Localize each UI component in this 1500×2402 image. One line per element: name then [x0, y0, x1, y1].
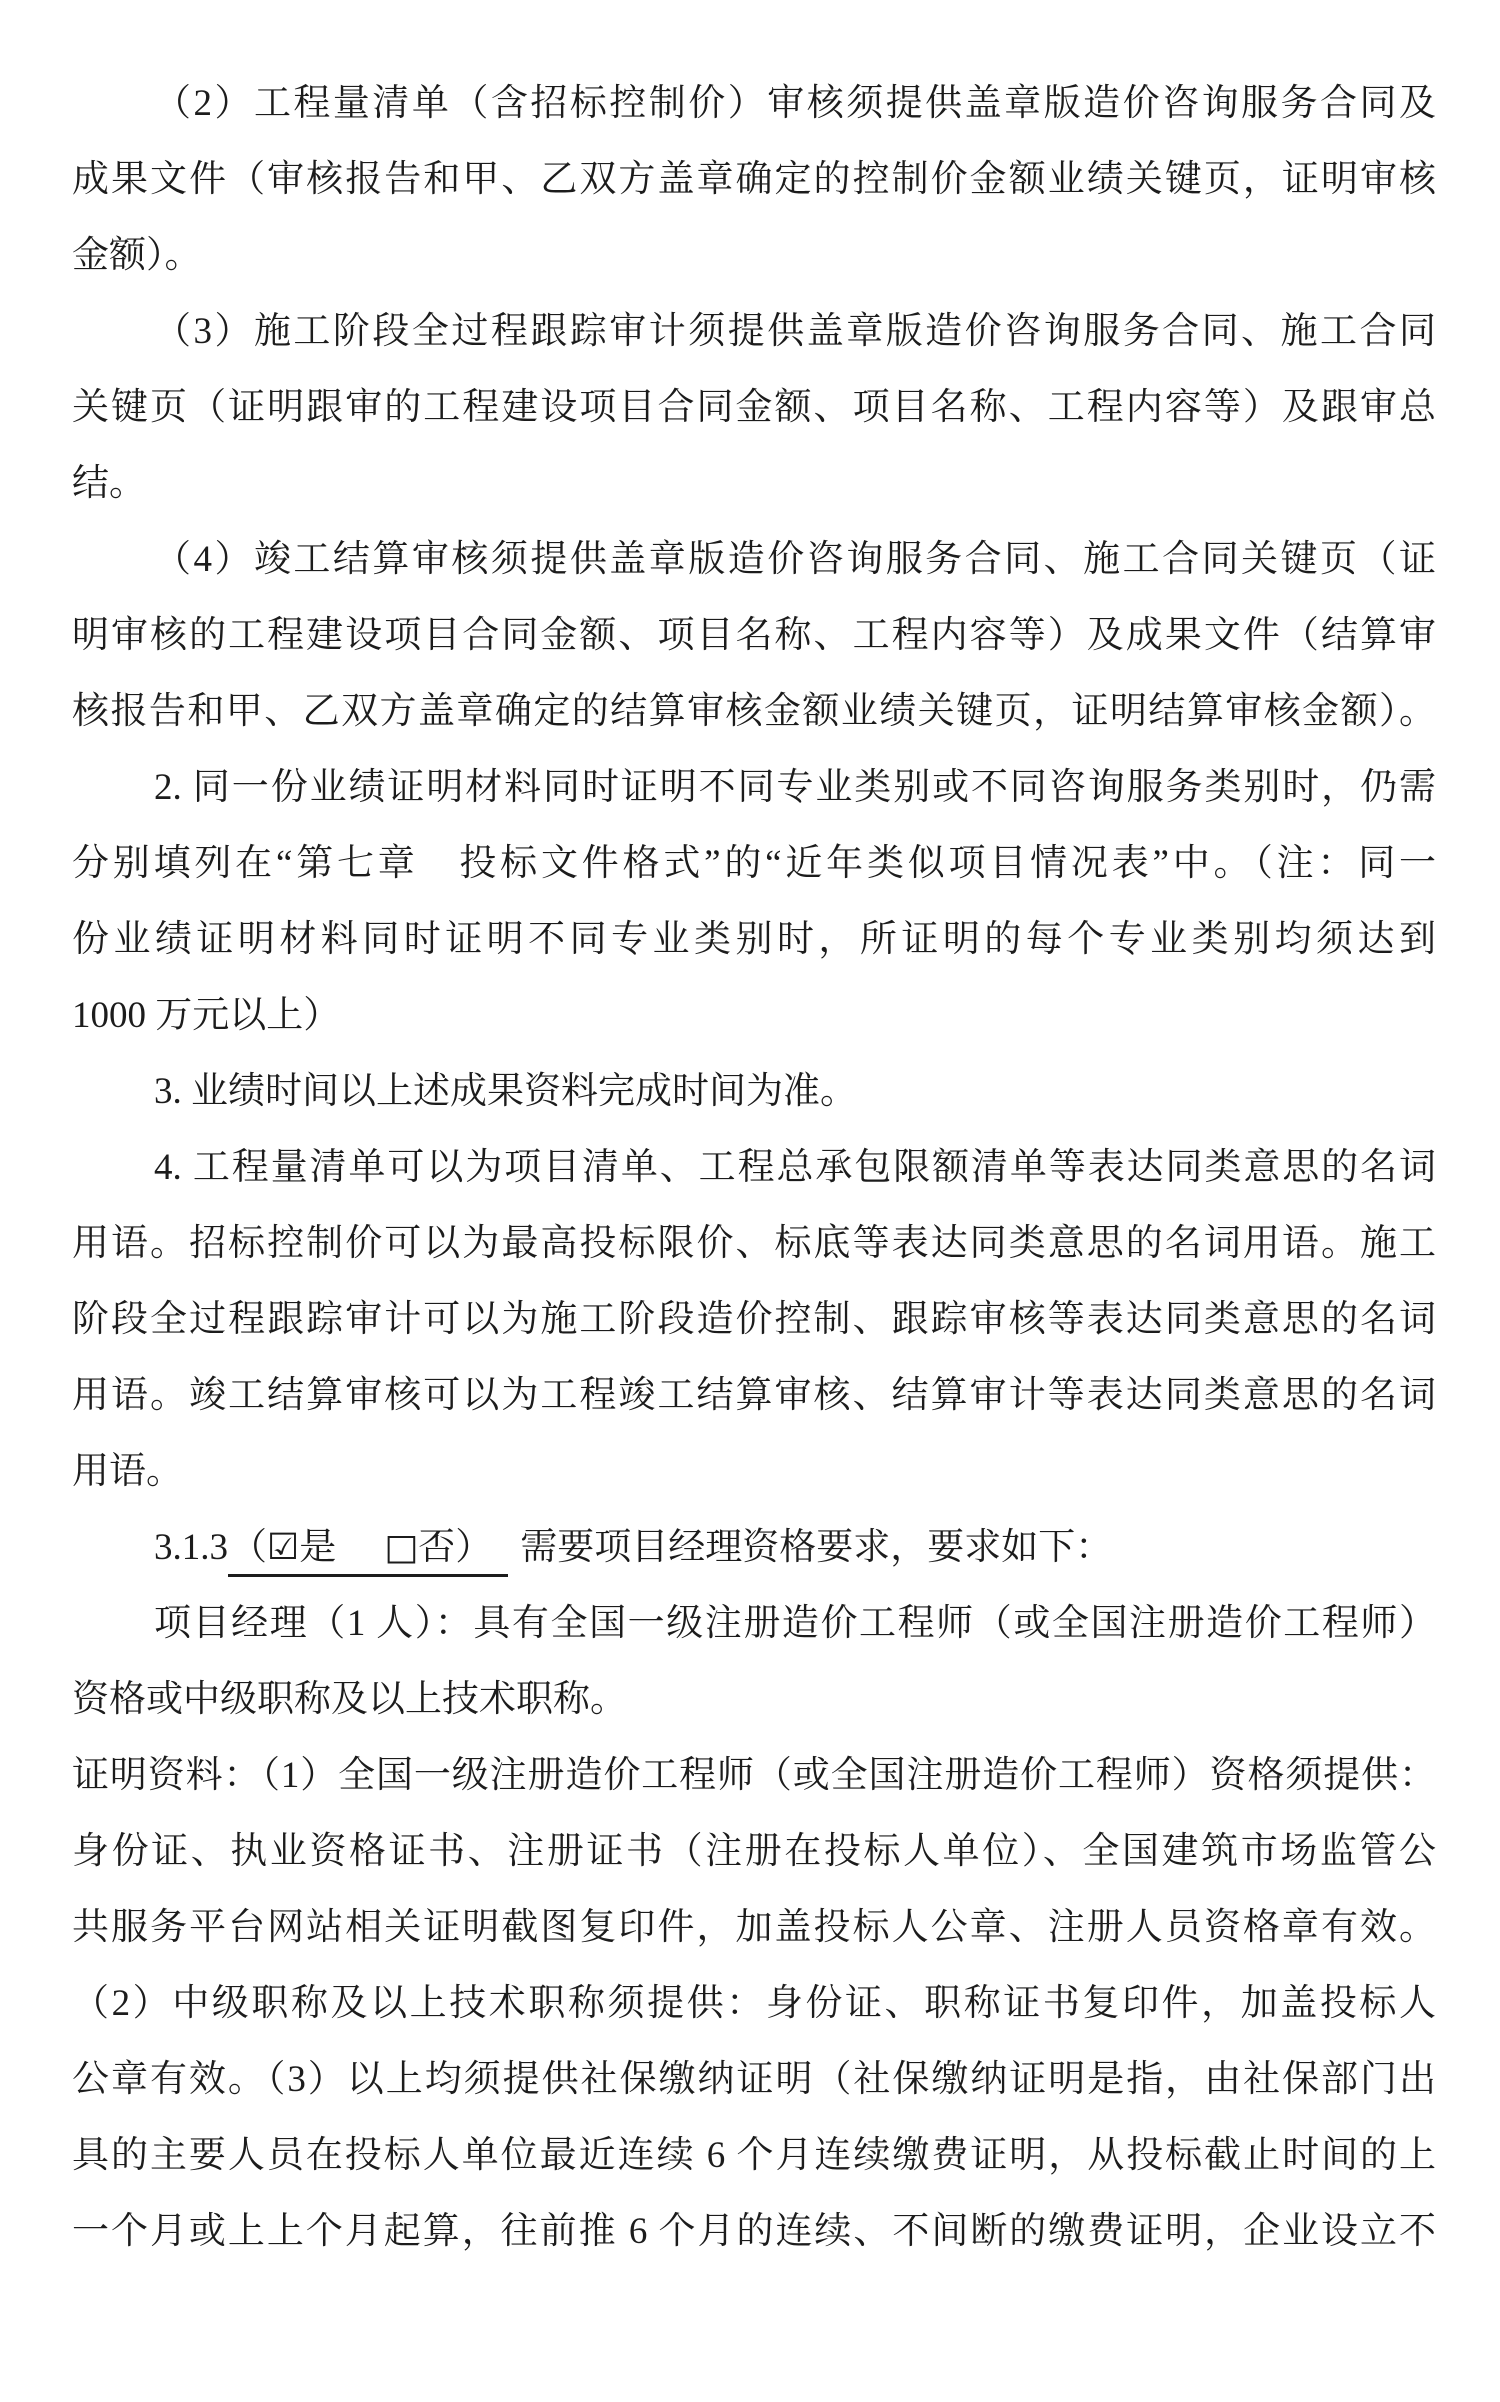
text-line: 阶段全过程跟踪审计可以为施工阶段造价控制、跟踪审核等表达同类意思的名词 [72, 1282, 1436, 1358]
document-page: （2）工程量清单（含招标控制价）审核须提供盖章版造价咨询服务合同及 成果文件（审… [0, 0, 1500, 2402]
text-line: 用语。招标控制价可以为最高投标限价、标底等表达同类意思的名词用语。施工 [72, 1206, 1436, 1282]
text-line: 关键页（证明跟审的工程建设项目合同金额、项目名称、工程内容等）及跟审总 [72, 370, 1436, 446]
checkbox-yes-label: 是 [299, 1527, 336, 1568]
text-line: 身份证、执业资格证书、注册证书（注册在投标人单位）、全国建筑市场监管公 [72, 1814, 1436, 1890]
clause-3-1-3-line: 3.1.3（☑是□否）需要项目经理资格要求，要求如下： [72, 1510, 1436, 1586]
text-line: 具的主要人员在投标人单位最近连续 6 个月连续缴费证明，从投标截止时间的上 [72, 2118, 1436, 2194]
checkbox-no-unchecked-icon: □ [384, 1527, 418, 1568]
open-paren: （ [230, 1527, 267, 1568]
text-line: 资格或中级职称及以上技术职称。 [72, 1662, 1436, 1738]
text-line: 共服务平台网站相关证明截图复印件，加盖投标人公章、注册人员资格章有效。 [72, 1890, 1436, 1966]
text-line: 项目经理（1 人）：具有全国一级注册造价工程师（或全国注册造价工程师） [72, 1586, 1436, 1662]
text-line: 核报告和甲、乙双方盖章确定的结算审核金额业绩关键页，证明结算审核金额）。 [72, 674, 1436, 750]
text-line: （2）工程量清单（含招标控制价）审核须提供盖章版造价咨询服务合同及 [72, 66, 1436, 142]
clause-number: 3.1.3 [154, 1527, 228, 1568]
text-line: 用语。竣工结算审核可以为工程竣工结算审核、结算审计等表达同类意思的名词 [72, 1358, 1436, 1434]
text-line: 用语。 [72, 1434, 1436, 1510]
text-line: 证明资料：（1）全国一级注册造价工程师（或全国注册造价工程师）资格须提供： [72, 1738, 1436, 1814]
text-line: 3. 业绩时间以上述成果资料完成时间为准。 [72, 1054, 1436, 1130]
checkbox-no-label: 否 [418, 1527, 455, 1568]
text-line: 1000 万元以上） [72, 978, 1436, 1054]
text-line: 份业绩证明材料同时证明不同专业类别时，所证明的每个专业类别均须达到 [72, 902, 1436, 978]
checkbox-yes-checked-icon: ☑ [267, 1527, 299, 1568]
text-line: （4）竣工结算审核须提供盖章版造价咨询服务合同、施工合同关键页（证 [72, 522, 1436, 598]
text-line: 成果文件（审核报告和甲、乙双方盖章确定的控制价金额业绩关键页，证明审核 [72, 142, 1436, 218]
text-line: 明审核的工程建设项目合同金额、项目名称、工程内容等）及成果文件（结算审 [72, 598, 1436, 674]
text-line: 2. 同一份业绩证明材料同时证明不同专业类别或不同咨询服务类别时，仍需 [72, 750, 1436, 826]
clause-requirement-text: 需要项目经理资格要求，要求如下： [520, 1527, 1112, 1568]
text-line: （3）施工阶段全过程跟踪审计须提供盖章版造价咨询服务合同、施工合同 [72, 294, 1436, 370]
text-line: 公章有效。（3）以上均须提供社保缴纳证明（社保缴纳证明是指，由社保部门出 [72, 2042, 1436, 2118]
text-line: 一个月或上上个月起算，往前推 6 个月的连续、不间断的缴费证明，企业设立不 [72, 2194, 1436, 2270]
text-line: （2）中级职称及以上技术职称须提供：身份证、职称证书复印件，加盖投标人 [72, 1966, 1436, 2042]
text-line: 金额）。 [72, 218, 1436, 294]
text-line: 结。 [72, 446, 1436, 522]
yes-no-selection: （☑是□否） [228, 1527, 508, 1577]
text-line: 4. 工程量清单可以为项目清单、工程总承包限额清单等表达同类意思的名词 [72, 1130, 1436, 1206]
text-line: 分别填列在“第七章 投标文件格式”的“近年类似项目情况表”中。（注：同一 [72, 826, 1436, 902]
close-paren: ） [455, 1527, 492, 1568]
